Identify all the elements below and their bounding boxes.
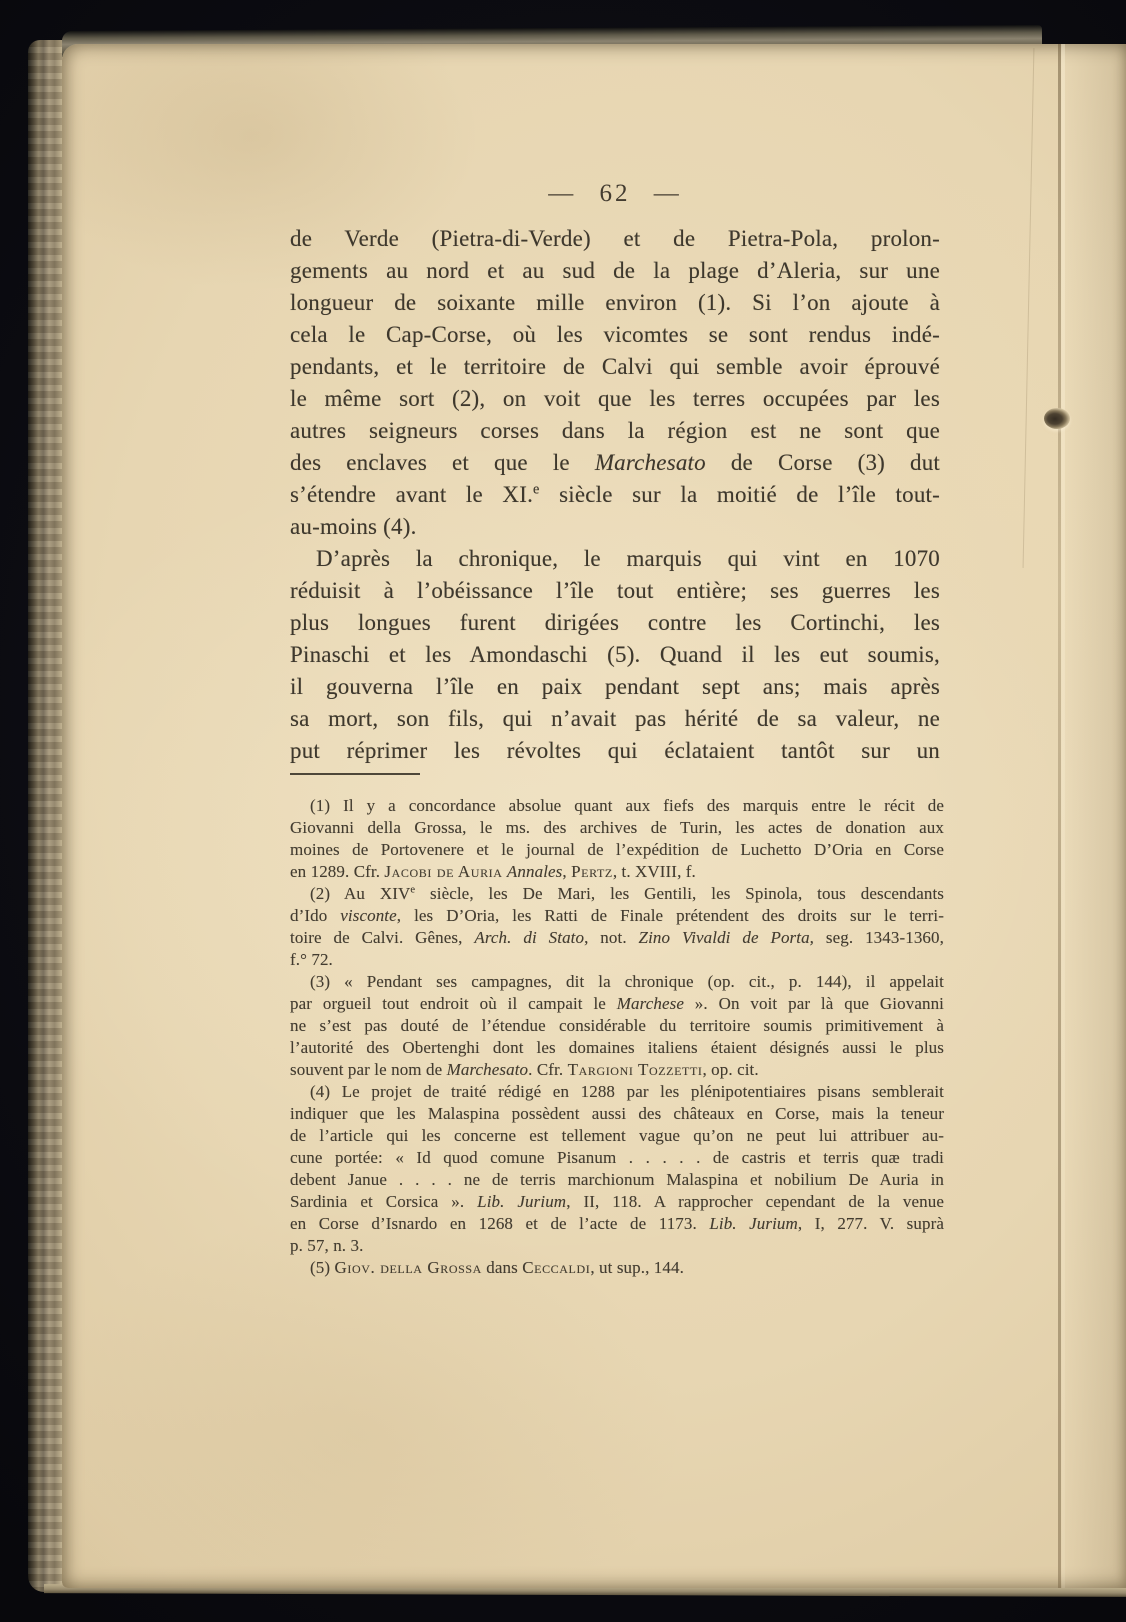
text-segment: Giov. della Grossa xyxy=(334,1258,481,1277)
paragraph: (2) Au XIVe siècle, les De Mari, les Gen… xyxy=(290,883,944,971)
text-segment: Targioni Tozzetti xyxy=(568,1060,703,1079)
footnotes: (1) Il y a concordance absolue quant aux… xyxy=(290,795,944,1279)
footnote-line: cune portée: « Id quod comune Pisanum . … xyxy=(290,1147,944,1169)
footnote-line: (2) Au XIVe siècle, les De Mari, les Gen… xyxy=(290,883,944,905)
body-text-line: le même sort (2), on voit que les terres… xyxy=(290,383,940,415)
text-segment: Zino Vivaldi de Porta, xyxy=(639,928,815,947)
body-text-line: s’étendre avant le XI.e siècle sur la mo… xyxy=(290,479,940,511)
footnote-line: en Corse d’Isnardo en 1268 et de l’acte … xyxy=(290,1213,944,1235)
page-crease-highlight xyxy=(1061,44,1065,1588)
body-text-line: plus longues furent dirigées contre les … xyxy=(290,607,940,639)
footnote-line: toire de Calvi. Gênes, Arch. di Stato, n… xyxy=(290,927,944,949)
paragraph: (5) Giov. della Grossa dans Ceccaldi, ut… xyxy=(290,1257,944,1279)
footnote-line: l’autorité des Obertenghi dont les domai… xyxy=(290,1037,944,1059)
page-number: — 62 — xyxy=(290,180,940,208)
footnote-line: moines de Portovenere et le journal de l… xyxy=(290,839,944,861)
page-fold-shading xyxy=(1062,44,1126,1588)
body-text-line: il gouverna l’île en paix pendant sept a… xyxy=(290,671,940,703)
body-text-line: put réprimer les révoltes qui éclataient… xyxy=(290,735,940,767)
footnote-line: Giovanni della Grossa, le ms. des archiv… xyxy=(290,817,944,839)
text-segment: Annales xyxy=(507,862,562,881)
book-page: — 62 — de Verde (Pietra-di-Verde) et de … xyxy=(62,44,1126,1588)
footnote-line: (1) Il y a concordance absolue quant aux… xyxy=(290,795,944,817)
footnote-line: Sardinia et Corsica ». Lib. Jurium, II, … xyxy=(290,1191,944,1213)
text-segment: Pertz xyxy=(571,862,613,881)
footnote-line: de l’article qui les concerne est tellem… xyxy=(290,1125,944,1147)
paragraph: de Verde (Pietra-di-Verde) et de Pietra-… xyxy=(290,223,940,543)
body-text-line: Pinaschi et les Amondaschi (5). Quand il… xyxy=(290,639,940,671)
footnote-line: (3) « Pendant ses campagnes, dit la chro… xyxy=(290,971,944,993)
text-segment: Lib. Jurium xyxy=(709,1214,798,1233)
footnote-line: (4) Le projet de traité rédigé en 1288 p… xyxy=(290,1081,944,1103)
paragraph: (4) Le projet de traité rédigé en 1288 p… xyxy=(290,1081,944,1257)
paragraph: (1) Il y a concordance absolue quant aux… xyxy=(290,795,944,883)
body-text-line: de Verde (Pietra-di-Verde) et de Pietra-… xyxy=(290,223,940,255)
footnote-line: indiquer que les Malaspina possèdent aus… xyxy=(290,1103,944,1125)
page-hole xyxy=(1044,408,1070,429)
footnote-line: d’Ido visconte, les D’Oria, les Ratti de… xyxy=(290,905,944,927)
text-segment: Marchesato xyxy=(595,450,706,475)
footnote-line: p. 57, n. 3. xyxy=(290,1235,944,1257)
paragraph: D’après la chronique, le marquis qui vin… xyxy=(290,543,940,767)
body-text-line: cela le Cap-Corse, où les vicomtes se so… xyxy=(290,319,940,351)
paragraph: (3) « Pendant ses campagnes, dit la chro… xyxy=(290,971,944,1081)
text-segment: Marchese xyxy=(617,994,684,1013)
footnote-line: en 1289. Cfr. Jacobi de Auria Annales, P… xyxy=(290,861,944,883)
main-text: de Verde (Pietra-di-Verde) et de Pietra-… xyxy=(290,223,940,767)
footnote-separator xyxy=(290,773,420,775)
body-text-line: D’après la chronique, le marquis qui vin… xyxy=(290,543,940,575)
body-text-line: gements au nord et au sud de la plage d’… xyxy=(290,255,940,287)
footnote-line: souvent par le nom de Marchesato. Cfr. T… xyxy=(290,1059,944,1081)
body-text-line: longueur de soixante mille environ (1). … xyxy=(290,287,940,319)
text-segment: e xyxy=(410,884,415,895)
footnote-line: (5) Giov. della Grossa dans Ceccaldi, ut… xyxy=(290,1257,944,1279)
footnote-line: f.° 72. xyxy=(290,949,944,971)
text-segment: e xyxy=(533,481,540,497)
text-segment: Jacobi de Auria xyxy=(384,862,502,881)
photo-background: — 62 — de Verde (Pietra-di-Verde) et de … xyxy=(0,0,1126,1622)
footnote-line: debent Janue . . . . ne de terris marchi… xyxy=(290,1169,944,1191)
text-segment: visconte xyxy=(340,906,397,925)
body-text-line: au-moins (4). xyxy=(290,511,940,543)
text-segment: Ceccaldi xyxy=(522,1258,590,1277)
footnote-line: ne s’est pas douté de l’étendue considér… xyxy=(290,1015,944,1037)
body-text-line: des enclaves et que le Marchesato de Cor… xyxy=(290,447,940,479)
body-text-line: pendants, et le territoire de Calvi qui … xyxy=(290,351,940,383)
body-text-line: réduisit à l’obéissance l’île tout entiè… xyxy=(290,575,940,607)
body-text-line: autres seigneurs corses dans la région e… xyxy=(290,415,940,447)
body-text-line: sa mort, son fils, qui n’avait pas hérit… xyxy=(290,703,940,735)
page-crease-faint xyxy=(1023,48,1035,568)
text-segment: Lib. Jurium xyxy=(477,1192,566,1211)
text-segment: Arch. di Stato xyxy=(474,928,584,947)
text-segment: Marchesato xyxy=(447,1060,529,1079)
footnote-line: par orgueil tout endroit où il campait l… xyxy=(290,993,944,1015)
